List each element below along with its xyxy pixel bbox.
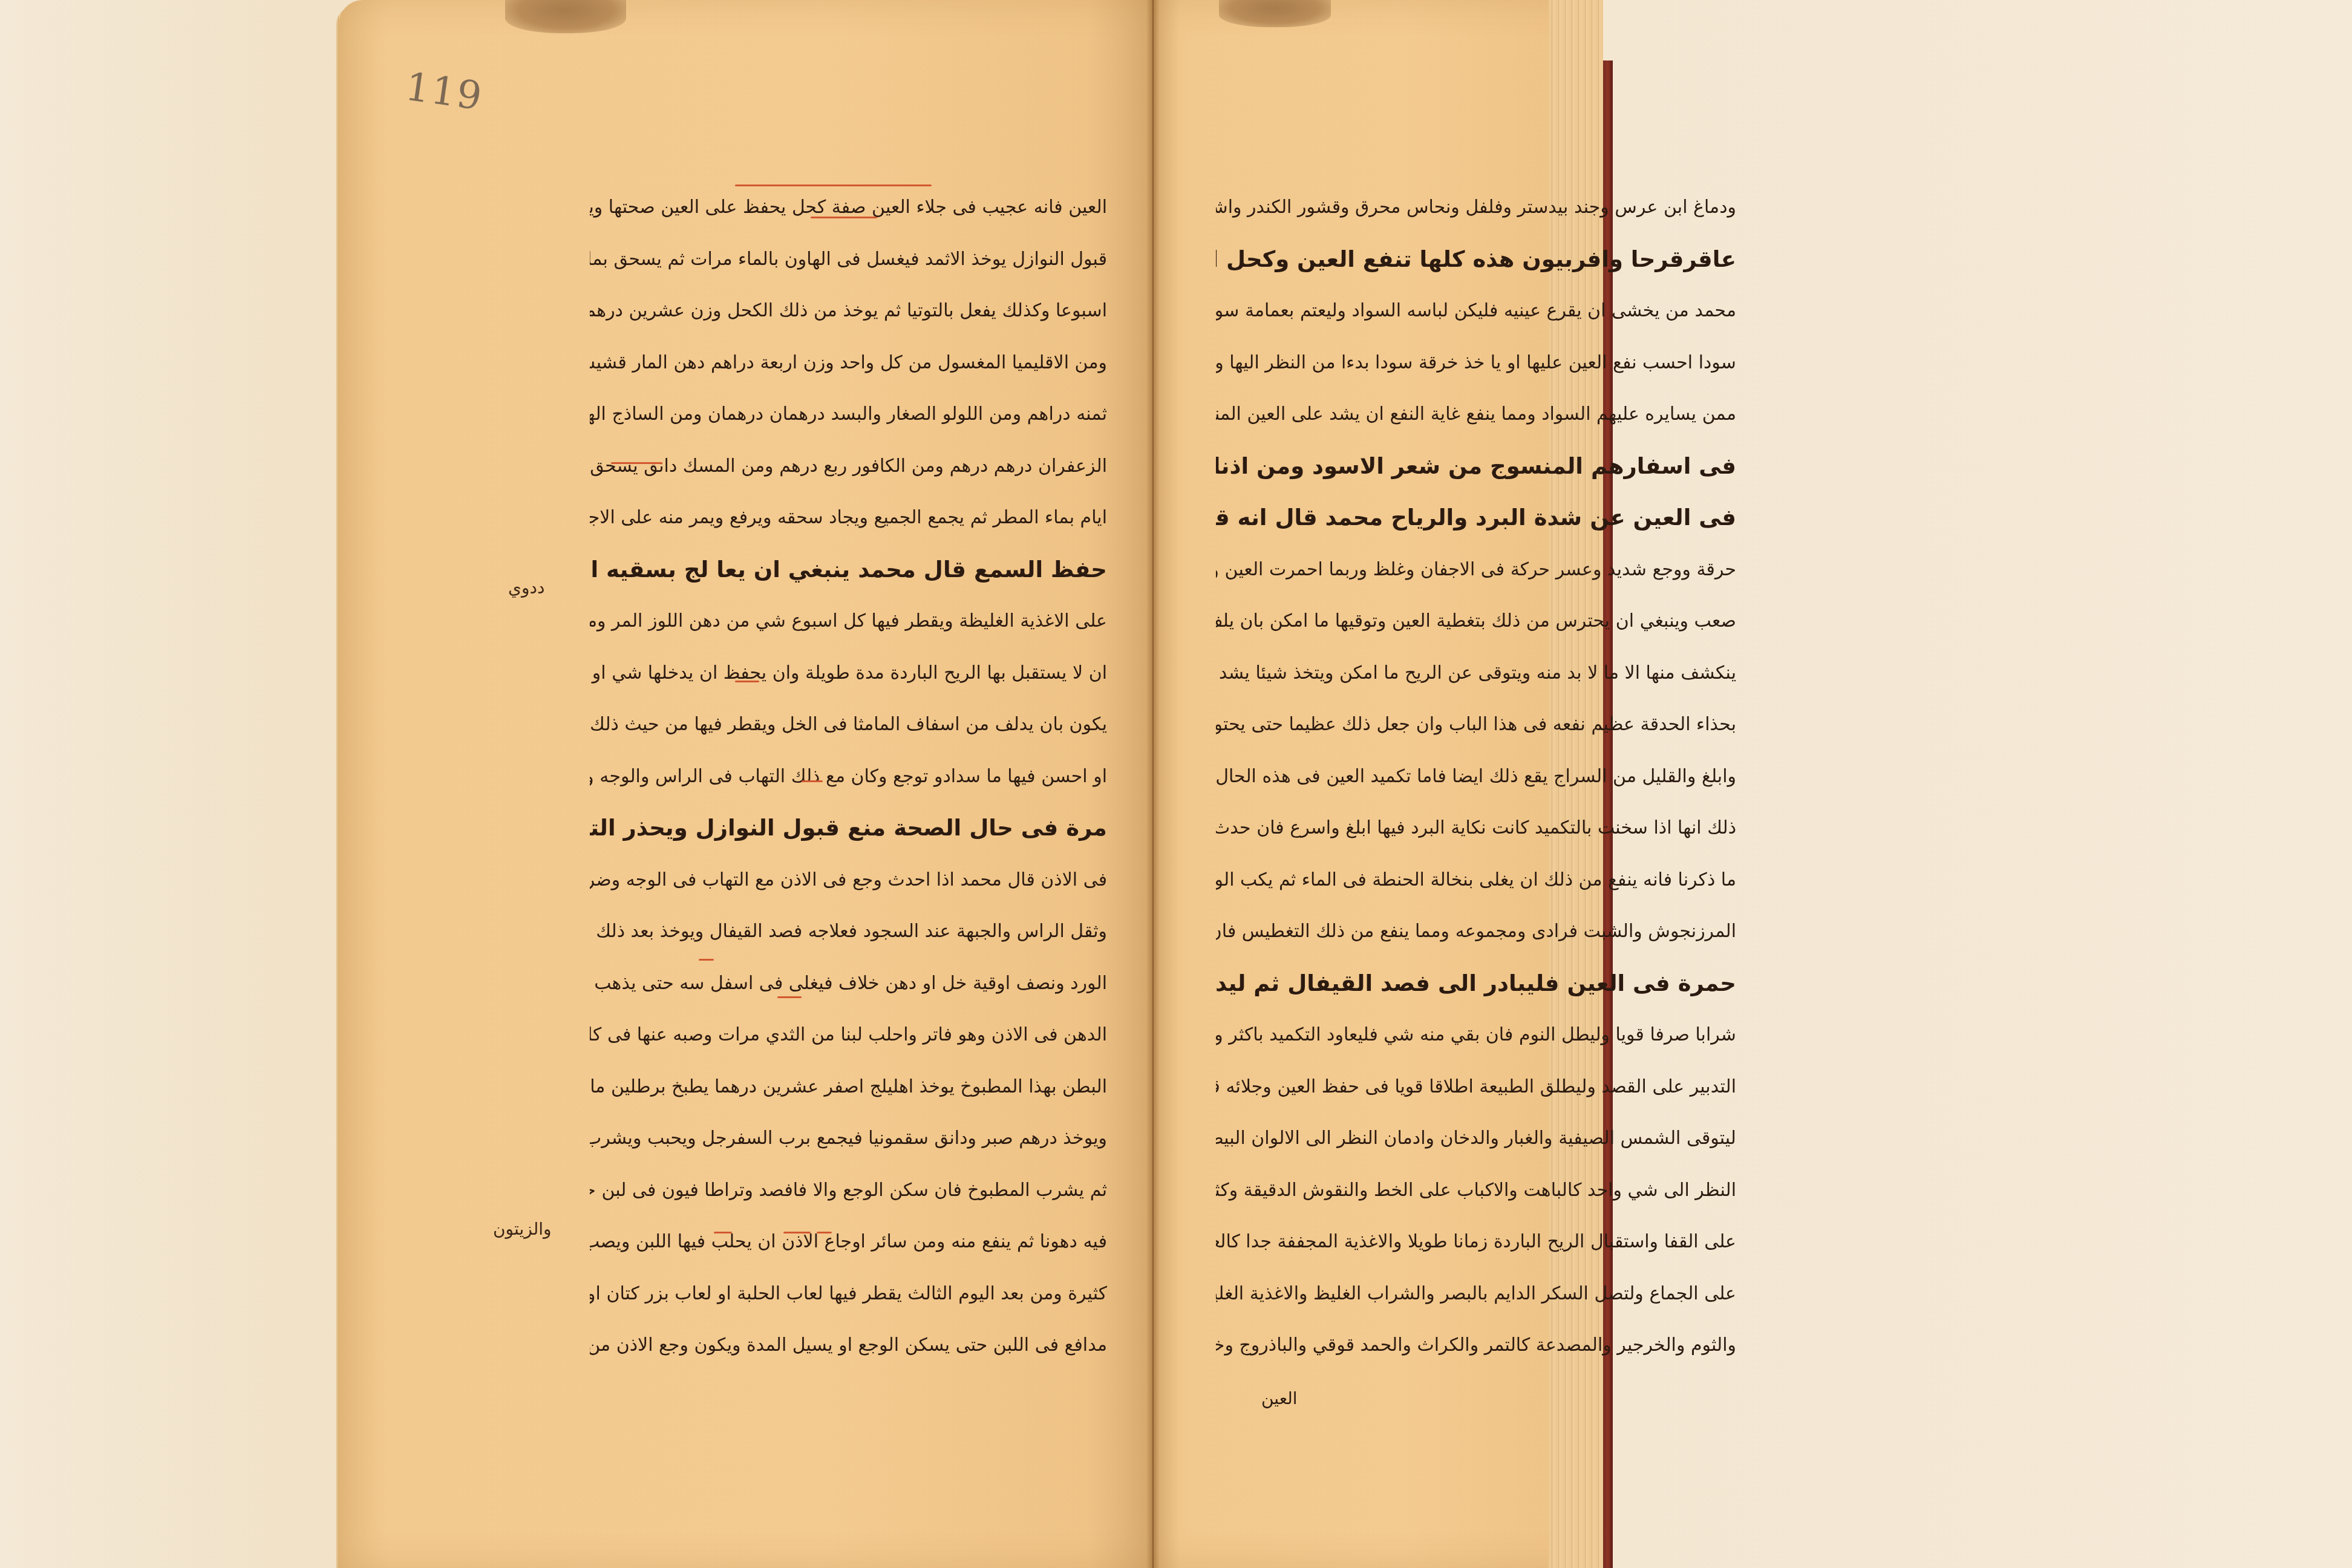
book-gutter — [1146, 0, 1160, 1568]
manuscript-line: الورد ونصف اوقية خل او دهن خلاف فيغلى فى… — [590, 958, 1107, 1010]
manuscript-line: الدهن فى الاذن وهو فاتر واحلب لبنا من ال… — [590, 1009, 1107, 1061]
manuscript-line: العين فانه عجيب فى جلاء العين صفة كحل يح… — [590, 181, 1107, 234]
manuscript-line: حمرة فى العين فليبادر الى فصد القيفال ثم… — [1216, 958, 1736, 1010]
manuscript-line: النظر الى شي واحد كالباهت والاكباب على ا… — [1216, 1165, 1736, 1217]
manuscript-line: مرة فى حال الصحة منع قبول النوازل ويحذر … — [590, 802, 1107, 854]
left-page-text-block: العين فانه عجيب فى جلاء العين صفة كحل يح… — [590, 181, 1107, 1371]
manuscript-line: ليتوقى الشمس الصيفية والغبار والدخان واد… — [1216, 1112, 1736, 1165]
manuscript-line: قبول النوازل يوخذ الاثمد فيغسل فى الهاون… — [590, 234, 1107, 286]
manuscript-line: ايام بماء المطر ثم يجمع الجميع ويجاد سحق… — [590, 492, 1107, 544]
manuscript-line: فيه دهونا ثم ينفع منه ومن سائر اوجاع الا… — [590, 1216, 1107, 1268]
catchword: العين — [1261, 1388, 1298, 1408]
margin-note: ددوي — [508, 578, 544, 598]
manuscript-line: شرابا صرفا قويا وليطل النوم فان بقي منه … — [1216, 1009, 1736, 1061]
manuscript-line: ودماغ ابن عرس وجند بيدستر وفلفل ونحاس مح… — [1216, 181, 1736, 234]
manuscript-line: ويوخذ درهم صبر ودانق سقمونيا فيجمع برب ا… — [590, 1112, 1107, 1165]
manuscript-line: الزعفران درهم درهم ومن الكافور ربع درهم … — [590, 440, 1107, 492]
manuscript-line: وثقل الراس والجبهة عند السجود فعلاجه فصد… — [590, 906, 1107, 958]
rubric-overline — [777, 996, 802, 998]
manuscript-line: حرقة ووجع شديد وعسر حركة فى الاجفان وغلظ… — [1216, 544, 1736, 596]
manuscript-line: محمد من يخشى ان يقرع عينيه فليكن لباسه ا… — [1216, 285, 1736, 337]
manuscript-line: البطن بهذا المطبوخ يوخذ اهليلج اصفر عشري… — [590, 1061, 1107, 1113]
manuscript-line: فى اسفارهم المنسوج من شعر الاسود ومن اذن… — [1216, 440, 1736, 492]
manuscript-line: ينكشف منها الا ما لا بد منه ويتوقى عن ال… — [1216, 647, 1736, 699]
manuscript-line: ما ذكرنا فانه ينفع من ذلك ان يغلى بنخالة… — [1216, 854, 1736, 906]
manuscript-line: ممن يسايره عليهم السواد ومما ينفع غاية ا… — [1216, 388, 1736, 440]
manuscript-line: ومن الاقليميا المغسول من كل واحد وزن ارب… — [590, 337, 1107, 389]
manuscript-line: المرزنجوش والشبت فرادى ومجموعه ومما ينفع… — [1216, 906, 1736, 958]
rubric-overline — [811, 217, 877, 218]
rubric-overline — [611, 462, 662, 464]
manuscript-line: ثمنه دراهم ومن اللولو الصغار والبسد درهم… — [590, 388, 1107, 440]
manuscript-line: على الاغذية الغليظة ويقطر فيها كل اسبوع … — [590, 595, 1107, 647]
rubric-overline — [714, 1232, 732, 1233]
manuscript-line: ذلك انها اذا سخنت بالتكميد كانت نكاية ال… — [1216, 802, 1736, 854]
manuscript-line: فى الاذن قال محمد اذا احدث وجع فى الاذن … — [590, 854, 1107, 906]
water-stain-right — [1219, 0, 1331, 27]
rubric-overline — [735, 185, 932, 186]
manuscript-line: او احسن فيها ما سدادو توجع وكان مع ذلك ا… — [590, 751, 1107, 803]
rubric-overline — [735, 681, 759, 682]
water-stain-left — [505, 0, 626, 33]
manuscript-line: عاقرقرحا وافربيون هذه كلها تنفع العين وك… — [1216, 234, 1736, 286]
manuscript-line: كثيرة ومن بعد اليوم الثالث يقطر فيها لعا… — [590, 1268, 1107, 1320]
manuscript-line: مدافع فى اللبن حتى يسكن الوجع او يسيل ال… — [590, 1319, 1107, 1371]
manuscript-line: والثوم والخرجير والمصدعة كالتمر والكراث … — [1216, 1319, 1736, 1371]
manuscript-line: سودا احسب نفع العين عليها او يا خذ خرقة … — [1216, 337, 1736, 389]
manuscript-line: التدبير على القصد وليطلق الطبيعة اطلاقا … — [1216, 1061, 1736, 1113]
manuscript-line: بحذاء الحدقة عظيم نفعه فى هذا الباب وان … — [1216, 699, 1736, 751]
manuscript-line: اسبوعا وكذلك يفعل بالتوتيا ثم يوخذ من ذل… — [590, 285, 1107, 337]
manuscript-line: ان لا يستقبل بها الريح الباردة مدة طويلة… — [590, 647, 1107, 699]
manuscript-line: ثم يشرب المطبوخ فان سكن الوجع والا فافصد… — [590, 1165, 1107, 1217]
manuscript-line: وابلغ والقليل من السراج يقع ذلك ايضا فام… — [1216, 751, 1736, 803]
rubric-overline — [802, 780, 823, 782]
manuscript-line: يكون بان يدلف من اسفاف المامثا فى الخل و… — [590, 699, 1107, 751]
rubric-overline — [783, 1232, 811, 1233]
right-page-text-block: ودماغ ابن عرس وجند بيدستر وفلفل ونحاس مح… — [1216, 181, 1736, 1371]
margin-note: والزيتون — [493, 1219, 552, 1239]
manuscript-line: على القفا واستقبال الريح الباردة زمانا ط… — [1216, 1216, 1736, 1268]
manuscript-line: حفظ السمع قال محمد ينبغي ان يعا لج بسقيه… — [590, 544, 1107, 596]
manuscript-line: على الجماع ولتصل السكر الدايم بالبصر وال… — [1216, 1268, 1736, 1320]
rubric-overline — [699, 959, 714, 961]
rubric-overline — [817, 1232, 832, 1233]
manuscript-line: فى العين عن شدة البرد والرياح محمد قال ا… — [1216, 492, 1736, 544]
manuscript-line: صعب وينبغي ان يحترس من ذلك بتغطية العين … — [1216, 595, 1736, 647]
